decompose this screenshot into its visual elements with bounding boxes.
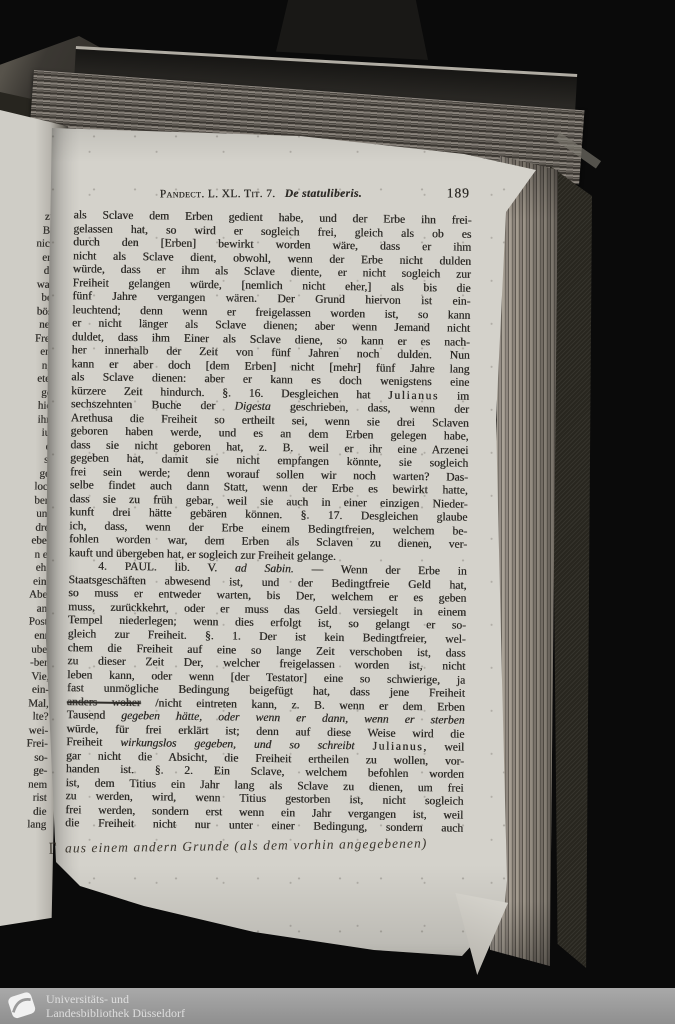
library-name: Universitäts- und Landesbibliothek Düsse… (46, 992, 185, 1021)
running-header: Pandect. L. XL. Tit. 7. De statuliberis.… (74, 187, 472, 211)
fragment-line: ben, (1, 494, 53, 509)
fragment-line: enn (0, 629, 50, 644)
fragment-line: ge- (0, 764, 47, 779)
header-caption: Pandect. L. XL. Tit. 7. De statuliberis. (122, 188, 400, 201)
fragment-line: ehn (0, 561, 52, 576)
fragment-line: Mal, (0, 696, 49, 711)
fragment-line: ge- (3, 386, 55, 401)
fragment-line: lang (0, 818, 46, 833)
fragment-line: und (1, 507, 53, 522)
fragment-line: so (2, 453, 54, 468)
fragment-line: eine (0, 575, 51, 590)
annotation-text: aus einem andern Grunde (als dem vorhin … (65, 835, 427, 855)
fragment-line: ihm (2, 413, 54, 428)
fragment-line: lte? (0, 710, 49, 725)
fragment-line: die (0, 804, 47, 819)
fragment-line: so- (0, 750, 48, 765)
handwritten-annotation: Γ aus einem andern Grunde (als dem vorhi… (49, 835, 463, 857)
fragment-line: drei (0, 521, 52, 536)
fragment-line: an- (0, 602, 51, 617)
fragment-line: nem (0, 777, 47, 792)
library-logo-icon (2, 989, 42, 1023)
page-text: Pandect. L. XL. Tit. 7. De statuliberis.… (65, 185, 472, 856)
insertion-mark: Γ (49, 838, 58, 858)
fragment-line: Frei- (0, 737, 48, 752)
header-title-label: De statuliberis. (285, 188, 362, 200)
fragment-line: Aber (0, 588, 51, 603)
fragment-line: -ben (0, 656, 50, 671)
fragment-line: ein- (0, 683, 49, 698)
fragment-line: Vie, (0, 669, 49, 684)
library-watermark-bar: Universitäts- und Landesbibliothek Düsse… (0, 988, 675, 1024)
fragment-line: er (2, 440, 54, 455)
fragment-line: hier (3, 399, 55, 414)
library-name-line1: Universitäts- und (46, 992, 185, 1007)
fragment-line: ius (2, 426, 54, 441)
library-name-line2: Landesbibliothek Düsseldorf (46, 1006, 185, 1021)
book-scan-photo: zu-Be-nichtennderwas]benbösener-Frei-enn… (0, 0, 675, 1024)
body-text: als Sclave dem Erben gedient habe, und d… (65, 208, 472, 835)
book-cover-top-edge (276, 0, 428, 60)
header-section-label: Pandect. L. XL. Tit. 7. (160, 188, 276, 200)
fragment-line: Post, (0, 615, 51, 630)
page-number: 189 (447, 185, 470, 201)
fragment-line: ge- (1, 467, 53, 482)
fragment-line: wei- (0, 723, 48, 738)
fragment-line: loch (1, 480, 53, 495)
fragment-line: n es (0, 548, 52, 563)
fragment-line: rist (0, 791, 47, 806)
fragment-line: eben (0, 534, 52, 549)
fragment-line: ube, (0, 642, 50, 657)
